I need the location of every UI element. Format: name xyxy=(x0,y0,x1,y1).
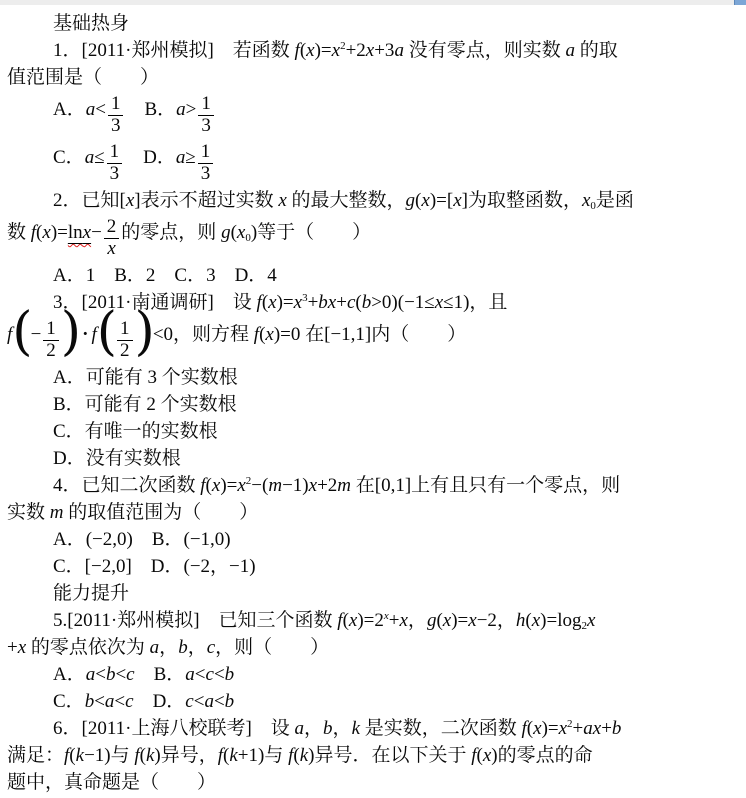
text-run: ， xyxy=(159,637,178,658)
problem-3-text-2: f(−12)·f(12)<0，则方程 f(x)=0 在[−1,1]内（ ） xyxy=(7,316,740,364)
fraction: 12 xyxy=(43,319,59,361)
fraction-numerator: 1 xyxy=(108,94,124,115)
math-variable: m xyxy=(268,475,282,496)
text-run: < xyxy=(95,664,106,685)
math-variable: x xyxy=(399,610,407,631)
math-variable: a xyxy=(86,664,96,685)
text-run: 基础热身 xyxy=(53,13,129,34)
text-run: −1)与 xyxy=(84,745,134,766)
problem-5-text-1: 5.[2011·郑州模拟] 已知三个函数 f(x)=2x+x，g(x)=x−2，… xyxy=(7,607,740,634)
text-run: 值范围是（ ） xyxy=(7,67,159,88)
text-run: < xyxy=(214,664,225,685)
math-variable: x xyxy=(421,190,429,211)
fraction-numerator: 1 xyxy=(107,142,123,163)
text-run: )= xyxy=(542,718,559,739)
text-run: ， xyxy=(333,718,352,739)
math-variable: a xyxy=(86,99,96,120)
math-variable: k xyxy=(352,718,360,739)
text-run: D．没有实数根 xyxy=(53,448,181,469)
math-variable: x xyxy=(294,292,302,313)
text-run: )等于（ ） xyxy=(251,222,371,243)
math-variable: g xyxy=(221,222,231,243)
problem-3-option-d: D．没有实数根 xyxy=(7,445,740,472)
text-run: D． xyxy=(134,691,186,712)
math-variable: c xyxy=(206,664,214,685)
text-run: −1) xyxy=(282,475,309,496)
text-run: ]为取整函数， xyxy=(462,190,582,211)
text-run: ln xyxy=(68,222,83,243)
text-run: < xyxy=(95,99,106,120)
math-variable: ax xyxy=(583,718,601,739)
fraction-denominator: 3 xyxy=(107,163,123,185)
text-run: A．(−2,0) B．(−1,0) xyxy=(53,529,231,550)
problem-3-option-a: A．可能有 3 个实数根 xyxy=(7,364,740,391)
problem-4-options-cd: C．[−2,0] D．(−2，−1) xyxy=(7,553,740,580)
text-run: > xyxy=(186,99,197,120)
math-variable: a xyxy=(295,718,305,739)
text-run: )=log xyxy=(540,610,581,631)
text-run: D． xyxy=(124,147,176,168)
big-paren: ( xyxy=(12,302,30,362)
text-run: +2 xyxy=(346,40,366,61)
math-variable: a xyxy=(176,99,186,120)
text-run: ， xyxy=(188,637,207,658)
big-paren: ( xyxy=(97,302,115,362)
text-run: B．可能有 2 个实数根 xyxy=(53,394,237,415)
fraction: 13 xyxy=(198,142,214,184)
problem-2-options: A．1 B．2 C．3 D．4 xyxy=(7,262,740,289)
math-variable: b xyxy=(85,691,95,712)
math-variable: a xyxy=(185,664,195,685)
text-run: 3．[2011·南通调研] 设 xyxy=(53,292,257,313)
text-run: +3 xyxy=(374,40,394,61)
text-run: C． xyxy=(53,147,85,168)
math-variable: x xyxy=(306,40,314,61)
math-variable: x xyxy=(483,745,491,766)
math-variable: c xyxy=(126,664,134,685)
text-run: A． xyxy=(53,664,86,685)
text-run: < xyxy=(195,664,206,685)
text-run: − xyxy=(91,222,102,243)
text-run: < xyxy=(94,691,105,712)
math-variable: c xyxy=(125,691,133,712)
math-variable: a xyxy=(394,40,404,61)
fraction-denominator: 2 xyxy=(43,340,59,362)
problem-1-text-1: 1．[2011·郑州模拟] 若函数 f(x)=x2+2x+3a 没有零点，则实数… xyxy=(7,37,740,64)
math-variable: x xyxy=(126,190,134,211)
fraction: 13 xyxy=(198,94,214,136)
text-run: >0)(−1≤ xyxy=(371,292,435,313)
text-run: < xyxy=(114,691,125,712)
problem-6-text-3: 题中，真命题是（ ） xyxy=(7,769,740,796)
text-run: B． xyxy=(135,664,186,685)
fraction-denominator: 3 xyxy=(108,115,124,137)
text-run: C．有唯一的实数根 xyxy=(53,421,218,442)
spellcheck-squiggle-underline: ln xyxy=(68,222,83,243)
fraction-numerator: 1 xyxy=(198,94,214,115)
fraction-numerator: 1 xyxy=(43,319,59,340)
fraction-denominator: 2 xyxy=(117,340,133,362)
text-run: ， xyxy=(408,610,427,631)
problem-1-options-cd: C．a≤13 D．a≥13 xyxy=(7,139,740,187)
text-run: 2．已知[ xyxy=(53,190,126,211)
math-variable: x xyxy=(83,222,91,243)
problem-4-text-1: 4．已知二次函数 f(x)=x2−(m−1)x+2m 在[0,1]上有且只有一个… xyxy=(7,472,740,499)
text-run: A．1 B．2 C．3 D．4 xyxy=(53,265,277,286)
math-variable: m xyxy=(50,502,64,523)
text-run: )= xyxy=(220,475,237,496)
math-variable: bx xyxy=(318,292,336,313)
text-run: 是实数，二次函数 xyxy=(360,718,522,739)
math-variable: g xyxy=(427,610,437,631)
document-body: 基础热身1．[2011·郑州模拟] 若函数 f(x)=x2+2x+3a 没有零点… xyxy=(0,5,746,796)
problem-6-text-2: 满足：f(k−1)与 f(k)异号，f(k+1)与 f(k)异号．在以下关于 f… xyxy=(7,742,740,769)
text-run: )= xyxy=(315,40,332,61)
text-run: + xyxy=(336,292,347,313)
math-variable: x xyxy=(237,475,245,496)
text-run: −2， xyxy=(477,610,516,631)
text-run: )的零点的命 xyxy=(491,745,592,766)
text-run: 6．[2011·上海八校联考] 设 xyxy=(53,718,295,739)
text-run: )异号， xyxy=(154,745,217,766)
problem-2-text-2: 数 f(x)=lnx−2x的零点，则 g(x0)等于（ ） xyxy=(7,214,740,262)
text-run: )异号．在以下关于 xyxy=(308,745,471,766)
math-variable: x xyxy=(453,190,461,211)
text-run: 没有零点，则实数 xyxy=(404,40,566,61)
math-variable: k xyxy=(76,745,84,766)
text-run: )=[ xyxy=(430,190,453,211)
text-run: ，则（ ） xyxy=(215,637,329,658)
math-variable: x xyxy=(435,292,443,313)
fraction-denominator: 3 xyxy=(198,163,214,185)
math-variable: a xyxy=(85,147,95,168)
text-run: 的取 xyxy=(575,40,618,61)
math-variable: x xyxy=(532,610,540,631)
math-variable: a xyxy=(150,637,160,658)
big-paren: ) xyxy=(135,302,153,362)
text-run: 的零点，则 xyxy=(121,222,221,243)
problem-4-options-ab: A．(−2,0) B．(−1,0) xyxy=(7,526,740,553)
math-variable: a xyxy=(565,40,575,61)
section-heading-basic: 基础热身 xyxy=(7,10,740,37)
text-run: C．[−2,0] D．(−2，−1) xyxy=(53,556,256,577)
problem-5-text-2: +x 的零点依次为 a，b，c，则（ ） xyxy=(7,634,740,661)
text-run: 5.[2011·郑州模拟] 已知三个函数 xyxy=(53,610,337,631)
scrollbar-fragment[interactable] xyxy=(734,0,746,5)
problem-2-text-1: 2．已知[x]表示不超过实数 x 的最大整数，g(x)=[x]为取整函数，x0是… xyxy=(7,187,740,214)
fraction-denominator: x xyxy=(104,238,120,260)
math-variable: b xyxy=(612,718,622,739)
math-variable: b xyxy=(362,292,372,313)
text-run: < xyxy=(115,664,126,685)
text-run: +2 xyxy=(317,475,337,496)
text-run: 能力提升 xyxy=(53,583,129,604)
text-run: A． xyxy=(53,99,86,120)
fraction-denominator: 3 xyxy=(198,115,214,137)
fraction: 12 xyxy=(117,319,133,361)
math-variable: k xyxy=(300,745,308,766)
text-run: <0，则方程 xyxy=(153,324,254,345)
math-variable: k xyxy=(229,745,237,766)
fraction: 13 xyxy=(108,94,124,136)
text-run: )= xyxy=(51,222,68,243)
text-run: ≥ xyxy=(185,147,195,168)
text-run: + xyxy=(389,610,400,631)
problem-1-options-ab: A．a<13 B．a>13 xyxy=(7,91,740,139)
fraction: 13 xyxy=(107,142,123,184)
math-variable: c xyxy=(207,637,215,658)
text-run: B． xyxy=(125,99,176,120)
problem-3-option-c: C．有唯一的实数根 xyxy=(7,418,740,445)
math-variable: x xyxy=(42,222,50,243)
window-top-strip xyxy=(0,0,746,5)
math-variable: b xyxy=(225,664,235,685)
text-run: 1．[2011·郑州模拟] 若函数 xyxy=(53,40,295,61)
fraction: 2x xyxy=(104,217,120,259)
math-variable: x xyxy=(309,475,317,496)
math-variable: m xyxy=(337,475,351,496)
section-heading-advanced: 能力提升 xyxy=(7,580,740,607)
problem-5-options-ab: A．a<b<c B．a<c<b xyxy=(7,661,740,688)
math-variable: x xyxy=(332,40,340,61)
math-variable: c xyxy=(185,691,193,712)
text-run: ≤1)，且 xyxy=(443,292,507,313)
text-run: + xyxy=(601,718,612,739)
math-variable: x xyxy=(587,610,595,631)
math-variable: g xyxy=(406,190,416,211)
text-run: 的取值范围为（ ） xyxy=(64,502,259,523)
text-run: 的零点依次为 xyxy=(26,637,150,658)
text-run: 满足： xyxy=(7,745,64,766)
text-run: C． xyxy=(53,691,85,712)
problem-4-text-2: 实数 m 的取值范围为（ ） xyxy=(7,499,740,526)
math-variable: h xyxy=(516,610,526,631)
text-run: 数 xyxy=(7,222,31,243)
math-variable: x xyxy=(265,324,273,345)
text-run: + xyxy=(308,292,319,313)
problem-5-options-cd: C．b<a<c D．c<a<b xyxy=(7,688,740,715)
text-run: A．可能有 3 个实数根 xyxy=(53,367,238,388)
text-run: + xyxy=(7,637,18,658)
text-run: 在[0,1]上有且只有一个零点，则 xyxy=(351,475,620,496)
math-variable: x xyxy=(278,190,286,211)
text-run: )= xyxy=(451,610,468,631)
problem-1-text-2: 值范围是（ ） xyxy=(7,64,740,91)
math-variable: x xyxy=(443,610,451,631)
math-variable: x xyxy=(18,637,26,658)
text-run: )=0 在[−1,1]内（ ） xyxy=(274,324,466,345)
math-variable: b xyxy=(323,718,333,739)
spellcheck-squiggle-underline: x xyxy=(83,222,91,243)
text-run: < xyxy=(194,691,205,712)
fraction-numerator: 2 xyxy=(104,217,120,238)
math-variable: a xyxy=(176,147,186,168)
math-variable: b xyxy=(178,637,188,658)
text-run: +1)与 xyxy=(238,745,288,766)
text-run: 是函 xyxy=(596,190,634,211)
problem-3-text-1: 3．[2011·南通调研] 设 f(x)=x3+bx+c(b>0)(−1≤x≤1… xyxy=(7,289,740,316)
math-variable: b xyxy=(225,691,235,712)
math-variable: x xyxy=(559,718,567,739)
text-run: 的最大整数， xyxy=(287,190,406,211)
text-run: 实数 xyxy=(7,502,50,523)
math-variable: x xyxy=(268,292,276,313)
fraction-numerator: 1 xyxy=(117,319,133,340)
text-run: < xyxy=(214,691,225,712)
text-run: − xyxy=(31,324,42,345)
text-run: ， xyxy=(304,718,323,739)
math-variable: a xyxy=(204,691,214,712)
math-variable: a xyxy=(105,691,115,712)
text-run: )= xyxy=(277,292,294,313)
text-run: 题中，真命题是（ ） xyxy=(7,772,216,793)
math-variable: x xyxy=(533,718,541,739)
text-run: 4．已知二次函数 xyxy=(53,475,200,496)
text-run: + xyxy=(573,718,584,739)
text-run: )=2 xyxy=(357,610,384,631)
big-paren: ) xyxy=(61,302,79,362)
text-run: ]表示不超过实数 xyxy=(134,190,278,211)
multiplication-dot: · xyxy=(79,324,91,345)
math-variable: x xyxy=(366,40,374,61)
math-variable: x xyxy=(468,610,476,631)
fraction-numerator: 1 xyxy=(198,142,214,163)
text-run: ≤ xyxy=(94,147,104,168)
text-run: −( xyxy=(251,475,268,496)
problem-3-option-b: B．可能有 2 个实数根 xyxy=(7,391,740,418)
problem-6-text-1: 6．[2011·上海八校联考] 设 a，b，k 是实数，二次函数 f(x)=x2… xyxy=(7,715,740,742)
